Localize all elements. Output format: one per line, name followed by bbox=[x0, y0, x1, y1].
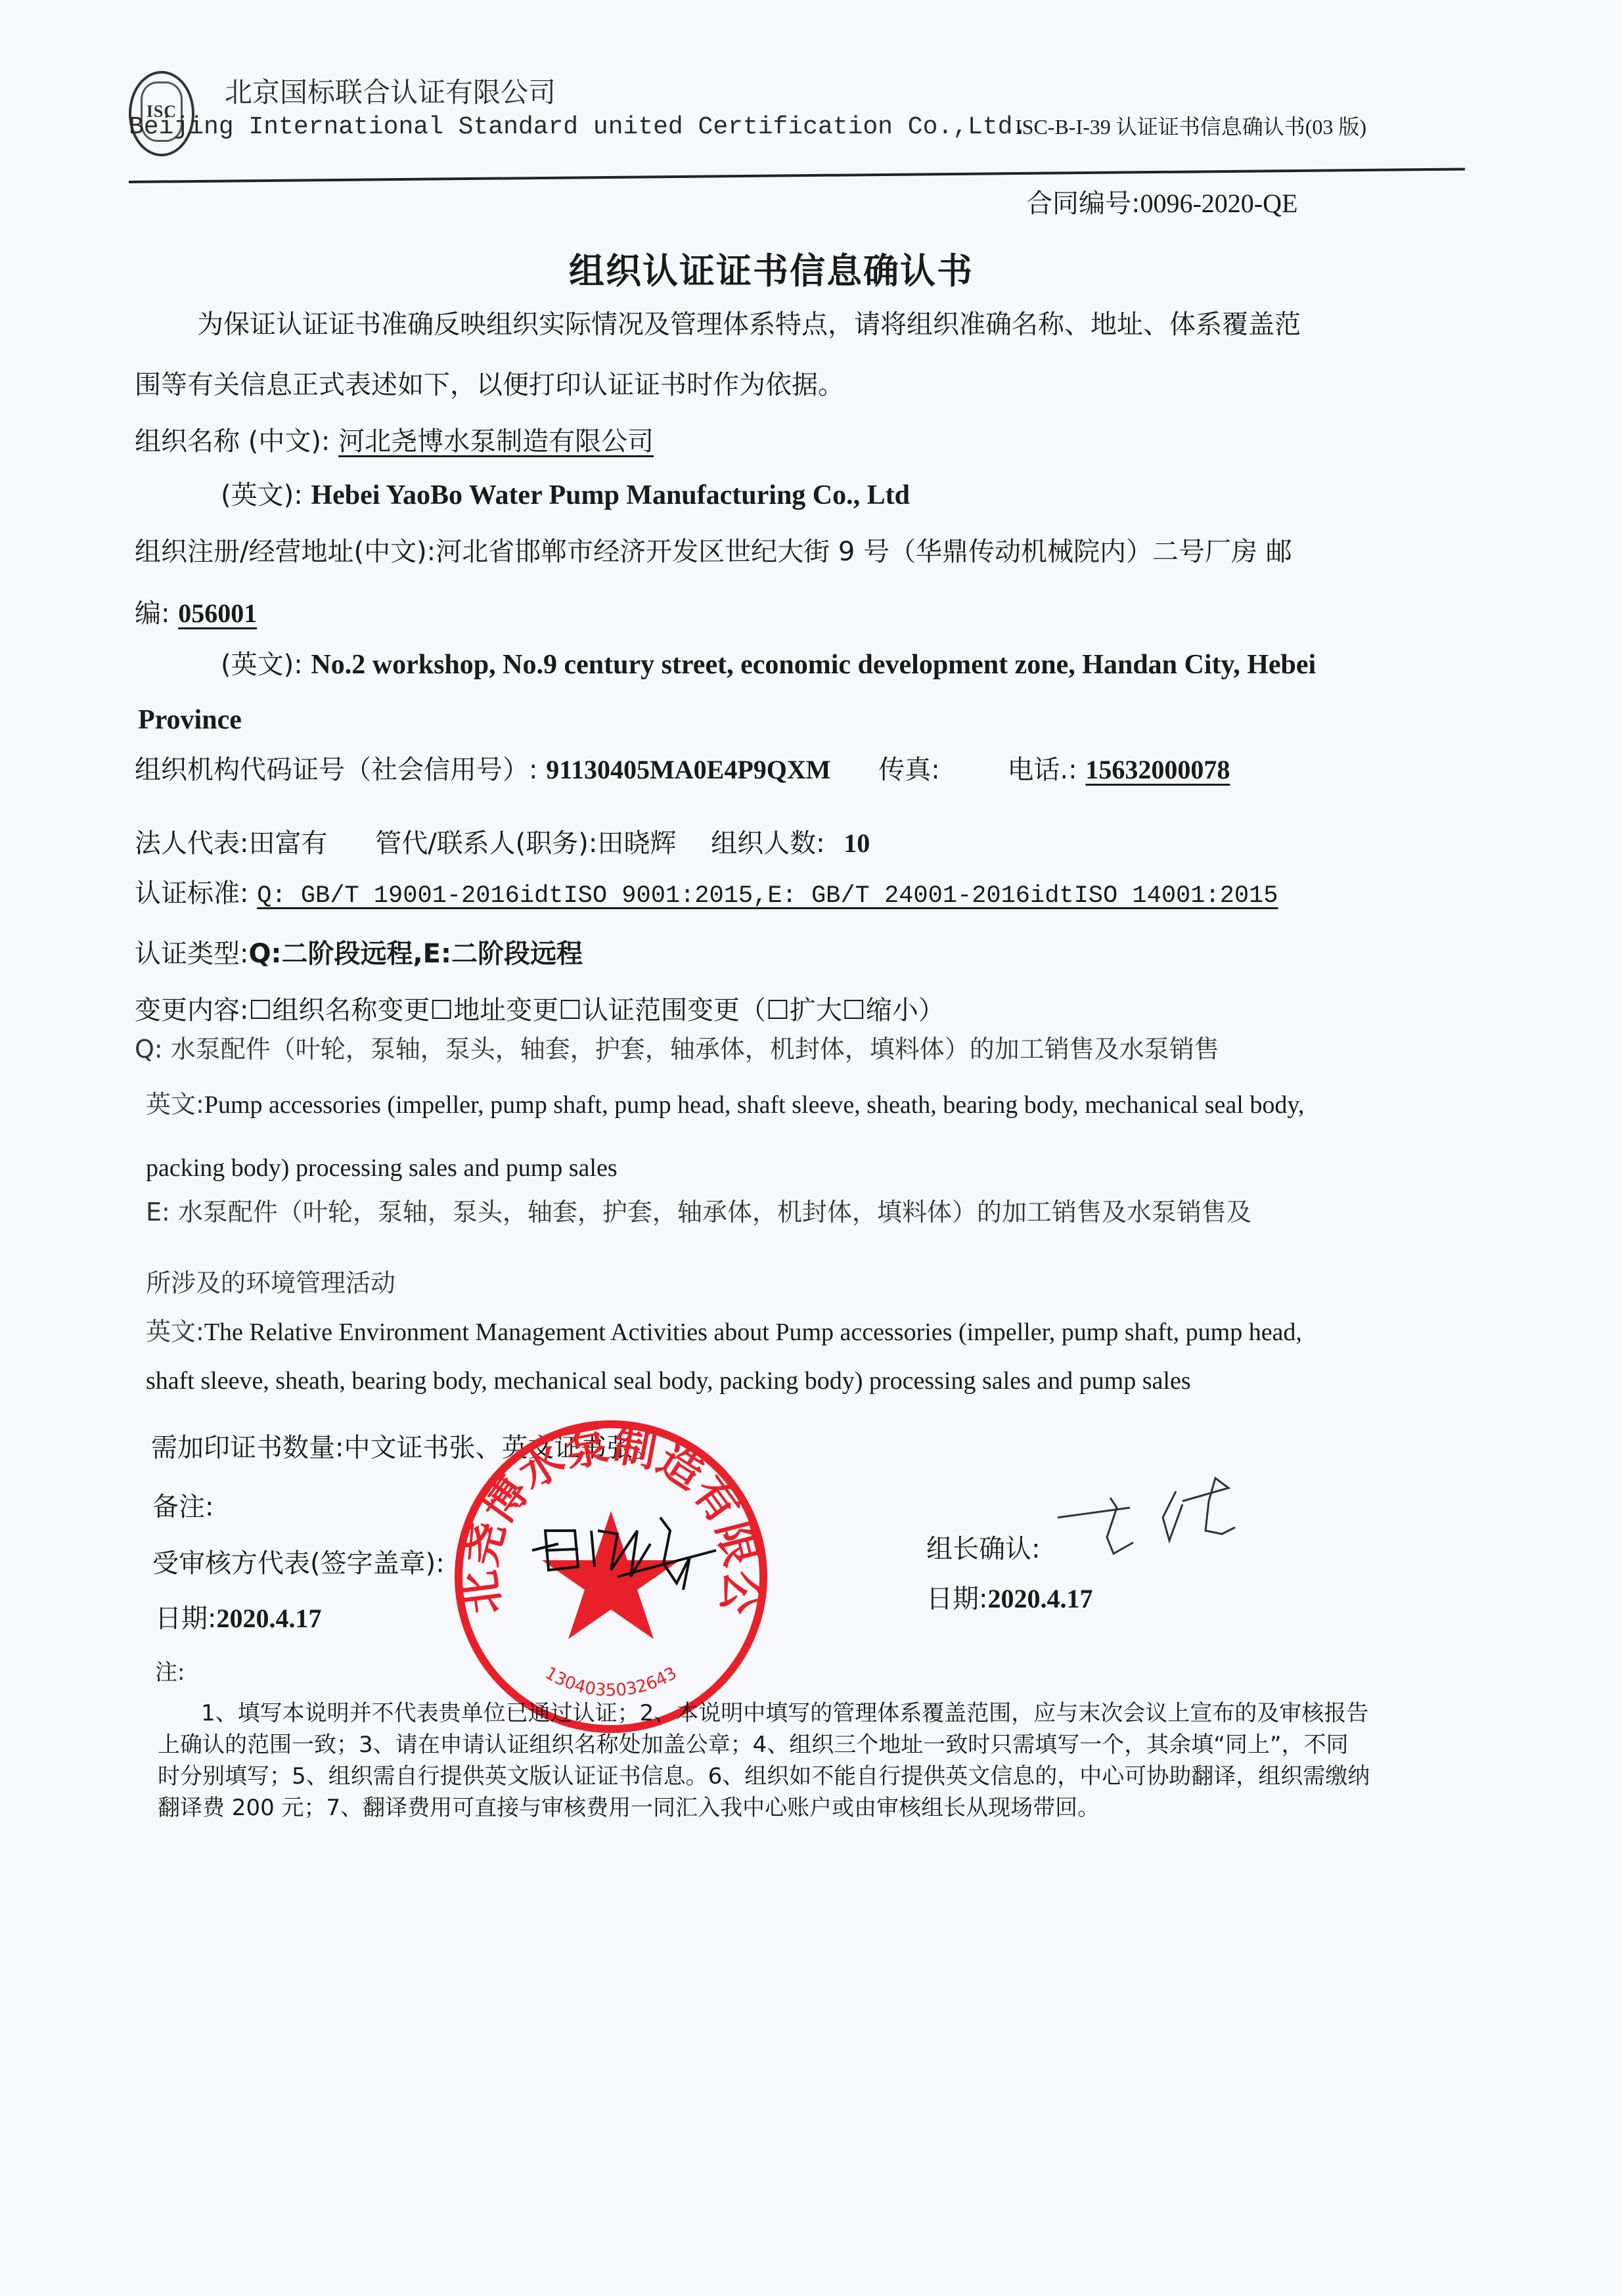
legal-rep-value: 田富有 bbox=[248, 828, 327, 859]
address-en-value-1: No.2 workshop, No.9 century street, econ… bbox=[311, 650, 1316, 680]
page-title: 组织认证证书信息确认书 bbox=[569, 243, 974, 294]
scope-q-cn: Q: 水泵配件（叶轮，泵轴，泵头，轴套，护套，轴承体，机封体，填料体）的加工销售… bbox=[135, 1029, 1219, 1065]
checkbox-name-change[interactable]: ☐ bbox=[248, 995, 272, 1025]
contract-label: 合同编号: bbox=[1026, 189, 1140, 219]
contract-number: 合同编号:0096-2020-QE bbox=[1026, 183, 1297, 220]
org-name-cn-value: 河北尧博水泵制造有限公司 bbox=[338, 426, 654, 457]
notes-line-1: 1、填写本说明并不代表贵单位已通过认证；2、本说明中填写的管理体系覆盖范围，应与… bbox=[201, 1695, 1368, 1727]
cert-type-label: 认证类型: bbox=[135, 939, 248, 969]
scope-q-en-line-1: Pump accessories (impeller, pump shaft, … bbox=[204, 1091, 1305, 1119]
legal-rep-label: 法人代表: bbox=[135, 828, 248, 859]
scope-q-en-label: 英文: bbox=[146, 1090, 204, 1119]
address-en-value-2: Province bbox=[138, 704, 242, 736]
contract-value: 0096-2020-QE bbox=[1140, 189, 1297, 218]
change-label: 变更内容: bbox=[135, 995, 248, 1025]
cert-type-value: Q:二阶段远程,E:二阶段远程 bbox=[248, 939, 583, 969]
codes-row: 组织机构代码证号（社会信用号）: 91130405MA0E4P9QXM 传真: … bbox=[135, 749, 1230, 786]
scope-e-cn-line-1: E: 水泵配件（叶轮，泵轴，泵头，轴套，护套，轴承体，机封体，填料体）的加工销售… bbox=[146, 1192, 1251, 1228]
address-cn-value: 河北省邯郸市经济开发区世纪大街 9 号（华鼎传动机械院内）二号厂房 邮 bbox=[436, 537, 1292, 567]
cert-count-row: 需加印证书数量:中文证书张、英文证书张。 bbox=[151, 1427, 659, 1464]
intro-line-1: 为保证认证证书准确反映组织实际情况及管理体系特点，请将组织准确名称、地址、体系覆… bbox=[197, 304, 1301, 341]
option-name-change: 组织名称变更 bbox=[272, 995, 430, 1025]
leader-date-row: 日期:2020.4.17 bbox=[926, 1578, 1093, 1615]
standard-row: 认证标准: Q: GB/T 19001-2016idtISO 9001:2015… bbox=[135, 872, 1278, 910]
scope-e-en-row: 英文:The Relative Environment Management A… bbox=[146, 1311, 1302, 1347]
postcode-value: 056001 bbox=[178, 598, 257, 628]
issuer-name-en: Beijing International Standard united Ce… bbox=[129, 113, 1027, 141]
option-scope-change: 认证范围变更（ bbox=[582, 995, 766, 1025]
org-name-en-value: Hebei YaoBo Water Pump Manufacturing Co.… bbox=[311, 480, 910, 510]
credit-code-value: 91130405MA0E4P9QXM bbox=[546, 755, 830, 784]
address-en-label: (英文): bbox=[221, 650, 303, 680]
standard-value: Q: GB/T 19001-2016idtISO 9001:2015,E: GB… bbox=[257, 882, 1278, 910]
contact-value: 田晓辉 bbox=[597, 828, 676, 859]
org-name-cn-label: 组织名称 (中文): bbox=[135, 426, 330, 457]
notes-label: 注: bbox=[155, 1654, 185, 1686]
option-reduce: 缩小） bbox=[866, 995, 945, 1025]
contact-label: 管代/联系人(职务): bbox=[375, 828, 597, 859]
fax-label: 传真: bbox=[878, 755, 939, 785]
remarks-label: 备注: bbox=[152, 1486, 214, 1523]
notes-line-4: 翻译费 200 元；7、翻译费用可直接与审核费用一同汇入我中心账户或由审核组长从… bbox=[158, 1790, 1100, 1822]
scope-e-en-line-1: The Relative Environment Management Acti… bbox=[204, 1318, 1302, 1346]
auditee-rep-label: 受审核方代表(签字盖章): bbox=[152, 1542, 445, 1580]
leader-signature bbox=[1051, 1472, 1274, 1564]
notes-line-2: 上确认的范围一致；3、请在申请认证组织名称处加盖公章；4、组织三个地址一致时只需… bbox=[158, 1726, 1349, 1759]
auditee-date-row: 日期:2020.4.17 bbox=[155, 1598, 321, 1635]
intro-line-2: 围等有关信息正式表述如下，以便打印认证证书时作为依据。 bbox=[135, 364, 844, 401]
leader-confirm-label: 组长确认: bbox=[926, 1528, 1040, 1565]
issuer-name-cn: 北京国标联合认证有限公司 bbox=[225, 71, 556, 110]
auditee-date-label: 日期: bbox=[155, 1604, 216, 1634]
checkbox-address-change[interactable]: ☐ bbox=[430, 995, 453, 1025]
cert-type-row: 认证类型:Q:二阶段远程,E:二阶段远程 bbox=[135, 933, 583, 970]
option-expand: 扩大 bbox=[790, 995, 842, 1025]
scope-e-en-label: 英文: bbox=[146, 1317, 204, 1346]
credit-code-label: 组织机构代码证号（社会信用号）: bbox=[135, 755, 537, 785]
scope-q-en-line-2: packing body) processing sales and pump … bbox=[146, 1154, 618, 1182]
standard-label: 认证标准: bbox=[135, 878, 248, 909]
postcode-label: 编: bbox=[135, 598, 169, 629]
scope-e-en-line-2: shaft sleeve, sheath, bearing body, mech… bbox=[146, 1366, 1191, 1395]
option-address-change: 地址变更 bbox=[453, 995, 558, 1025]
org-name-en-label: (英文): bbox=[221, 480, 303, 510]
org-name-cn-row: 组织名称 (中文): 河北尧博水泵制造有限公司 bbox=[135, 420, 654, 458]
scope-e-cn-line-2: 所涉及的环境管理活动 bbox=[146, 1263, 395, 1299]
phone-value: 15632000078 bbox=[1085, 755, 1230, 784]
phone-label: 电话.: bbox=[1007, 755, 1077, 785]
form-code: ISC-B-I-39 认证证书信息确认书(03 版) bbox=[1015, 110, 1366, 141]
checkbox-reduce[interactable]: ☐ bbox=[842, 995, 866, 1025]
header-divider bbox=[129, 168, 1465, 183]
address-cn-row: 组织注册/经营地址(中文):河北省邯郸市经济开发区世纪大街 9 号（华鼎传动机械… bbox=[135, 531, 1292, 568]
address-cn-label: 组织注册/经营地址(中文): bbox=[135, 537, 436, 567]
postcode-row: 编: 056001 bbox=[135, 593, 257, 630]
headcount-label: 组织人数: bbox=[711, 828, 824, 859]
address-en-row: (英文): No.2 workshop, No.9 century street… bbox=[221, 644, 1316, 681]
scope-q-en-row: 英文:Pump accessories (impeller, pump shaf… bbox=[146, 1084, 1304, 1120]
change-row: 变更内容:☐组织名称变更☐地址变更☐认证范围变更（☐扩大☐缩小） bbox=[135, 989, 945, 1027]
cert-count-label: 需加印证书数量: bbox=[151, 1433, 344, 1463]
auditee-signature bbox=[519, 1504, 729, 1603]
leader-date-label: 日期: bbox=[926, 1584, 987, 1614]
headcount-value: 10 bbox=[844, 828, 870, 858]
auditee-date-value: 2020.4.17 bbox=[216, 1604, 321, 1633]
notes-line-3: 时分别填写；5、组织需自行提供英文版认证证书信息。6、组织如不能自行提供英文信息… bbox=[158, 1758, 1370, 1790]
leader-date-value: 2020.4.17 bbox=[987, 1584, 1093, 1613]
checkbox-scope-change[interactable]: ☐ bbox=[558, 995, 582, 1025]
people-row: 法人代表:田富有 管代/联系人(职务):田晓辉 组织人数: 10 bbox=[135, 822, 870, 860]
checkbox-expand[interactable]: ☐ bbox=[766, 995, 790, 1025]
org-name-en-row: (英文): Hebei YaoBo Water Pump Manufacturi… bbox=[221, 474, 910, 512]
cert-count-value: 中文证书张、英文证书张。 bbox=[344, 1433, 659, 1463]
